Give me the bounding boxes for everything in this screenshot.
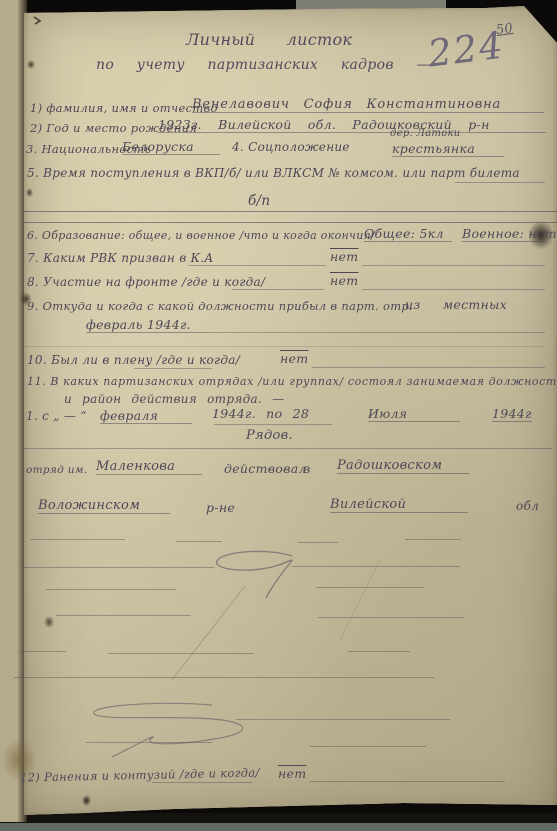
field-6-value-military: Военное: нет xyxy=(462,226,546,242)
ruled-line xyxy=(298,542,338,543)
unit-district2: Воложинском xyxy=(38,498,170,514)
field-8-value: нет xyxy=(330,273,358,288)
ruled-line xyxy=(134,368,212,369)
ruled-line xyxy=(108,653,254,654)
ruled-line xyxy=(214,424,332,425)
table-surface-strip xyxy=(0,823,557,831)
service-month-from: февраля xyxy=(100,408,192,424)
unit-in-word: в xyxy=(303,461,311,476)
ruled-line xyxy=(348,651,410,652)
field-1-value: Венелавович София Константиновна xyxy=(192,97,544,113)
field-2-value: 1923г. Вилейской обл. Радошковский р-н xyxy=(158,117,546,133)
ruled-line xyxy=(24,448,552,449)
ruled-line xyxy=(405,539,461,540)
ruled-line xyxy=(20,651,66,652)
section-rule xyxy=(24,222,557,223)
ruled-line xyxy=(24,346,544,347)
field-12-value: нет xyxy=(278,766,306,781)
service-year-from: 1944г. по 28 xyxy=(212,406,309,421)
field-10-value: нет xyxy=(280,351,308,366)
ruled-line xyxy=(152,782,252,783)
ruled-line xyxy=(204,332,545,333)
service-month-to: Июля xyxy=(368,406,460,422)
ruled-line xyxy=(455,182,545,183)
field-9-label: 9. Откуда и когда с какой должности приб… xyxy=(27,299,413,313)
ruled-line xyxy=(46,589,176,590)
field-7-label: 7. Каким РВК призван в К.А xyxy=(27,251,214,265)
field-9-value2: февраль 1944г. xyxy=(86,317,204,333)
field-4-note: дер. Латоки xyxy=(390,128,461,139)
unit-oblast: Вилейской xyxy=(330,497,468,513)
unit-district1: Радошковском xyxy=(337,458,469,474)
unit-prefix: отряд им. xyxy=(26,464,87,476)
form-title-line2: по учету партизанских кадров — xyxy=(96,57,431,73)
field-6-label: 6. Образование: общее, и военное /что и … xyxy=(27,229,375,242)
ruled-line xyxy=(232,289,324,290)
unit-name: Маленкова xyxy=(96,459,202,475)
ruled-line xyxy=(292,566,460,567)
ruled-line xyxy=(318,617,464,618)
unit-oblast-abbr: обл xyxy=(516,499,539,513)
ruled-line xyxy=(86,742,212,743)
field-8-label: 8. Участие на фронте /где и когда/ xyxy=(27,275,265,289)
ruled-line xyxy=(316,587,424,588)
ruled-line xyxy=(176,541,222,542)
service-rank: Рядов. xyxy=(246,428,293,443)
service-year-to: 1944г xyxy=(492,406,532,422)
unit-rayon: р-не xyxy=(206,500,235,515)
field-4-label: 4. Соцположение xyxy=(232,140,350,154)
field-4-value: крестьянка xyxy=(392,141,504,157)
unit-acted-word: действовал xyxy=(224,461,307,476)
service-prefix: 1. с „ — “ xyxy=(26,409,87,423)
field-11-label-line2: и район действия отряда. — xyxy=(64,392,284,406)
field-1-label: 1) фамилия, имя и отчество xyxy=(30,101,218,115)
ruled-line xyxy=(30,539,125,540)
ruled-line xyxy=(362,265,545,266)
field-7-value: нет xyxy=(330,249,358,264)
field-9-value1: из местных xyxy=(405,297,507,312)
form-title-line1: Личный листок xyxy=(186,30,352,49)
ruled-line xyxy=(188,265,326,266)
ruled-line xyxy=(362,289,545,290)
ruled-line xyxy=(236,719,450,720)
field-11-label-line1: 11. В каких партизанских отрядах /или гр… xyxy=(27,375,557,388)
ruled-line xyxy=(310,746,426,747)
scan-background xyxy=(0,813,557,823)
document-scan: Личный листок по учету партизанских кадр… xyxy=(0,0,557,831)
field-5-label: 5. Время поступления в ВКП/б/ или ВЛКСМ … xyxy=(27,166,520,180)
ruled-line xyxy=(310,781,505,782)
ruled-line xyxy=(56,615,191,616)
field-5-value: б/п xyxy=(248,193,270,209)
ruled-line xyxy=(22,567,214,568)
field-6-value-general: Общее: 5кл xyxy=(364,226,452,242)
ruled-line xyxy=(312,367,545,368)
field-3-value: Белоруска xyxy=(122,139,220,155)
field-10-label: 10. Был ли в плену /где и когда/ xyxy=(27,353,240,367)
ruled-line xyxy=(14,677,434,678)
background-object xyxy=(296,0,446,9)
section-rule xyxy=(24,211,557,212)
